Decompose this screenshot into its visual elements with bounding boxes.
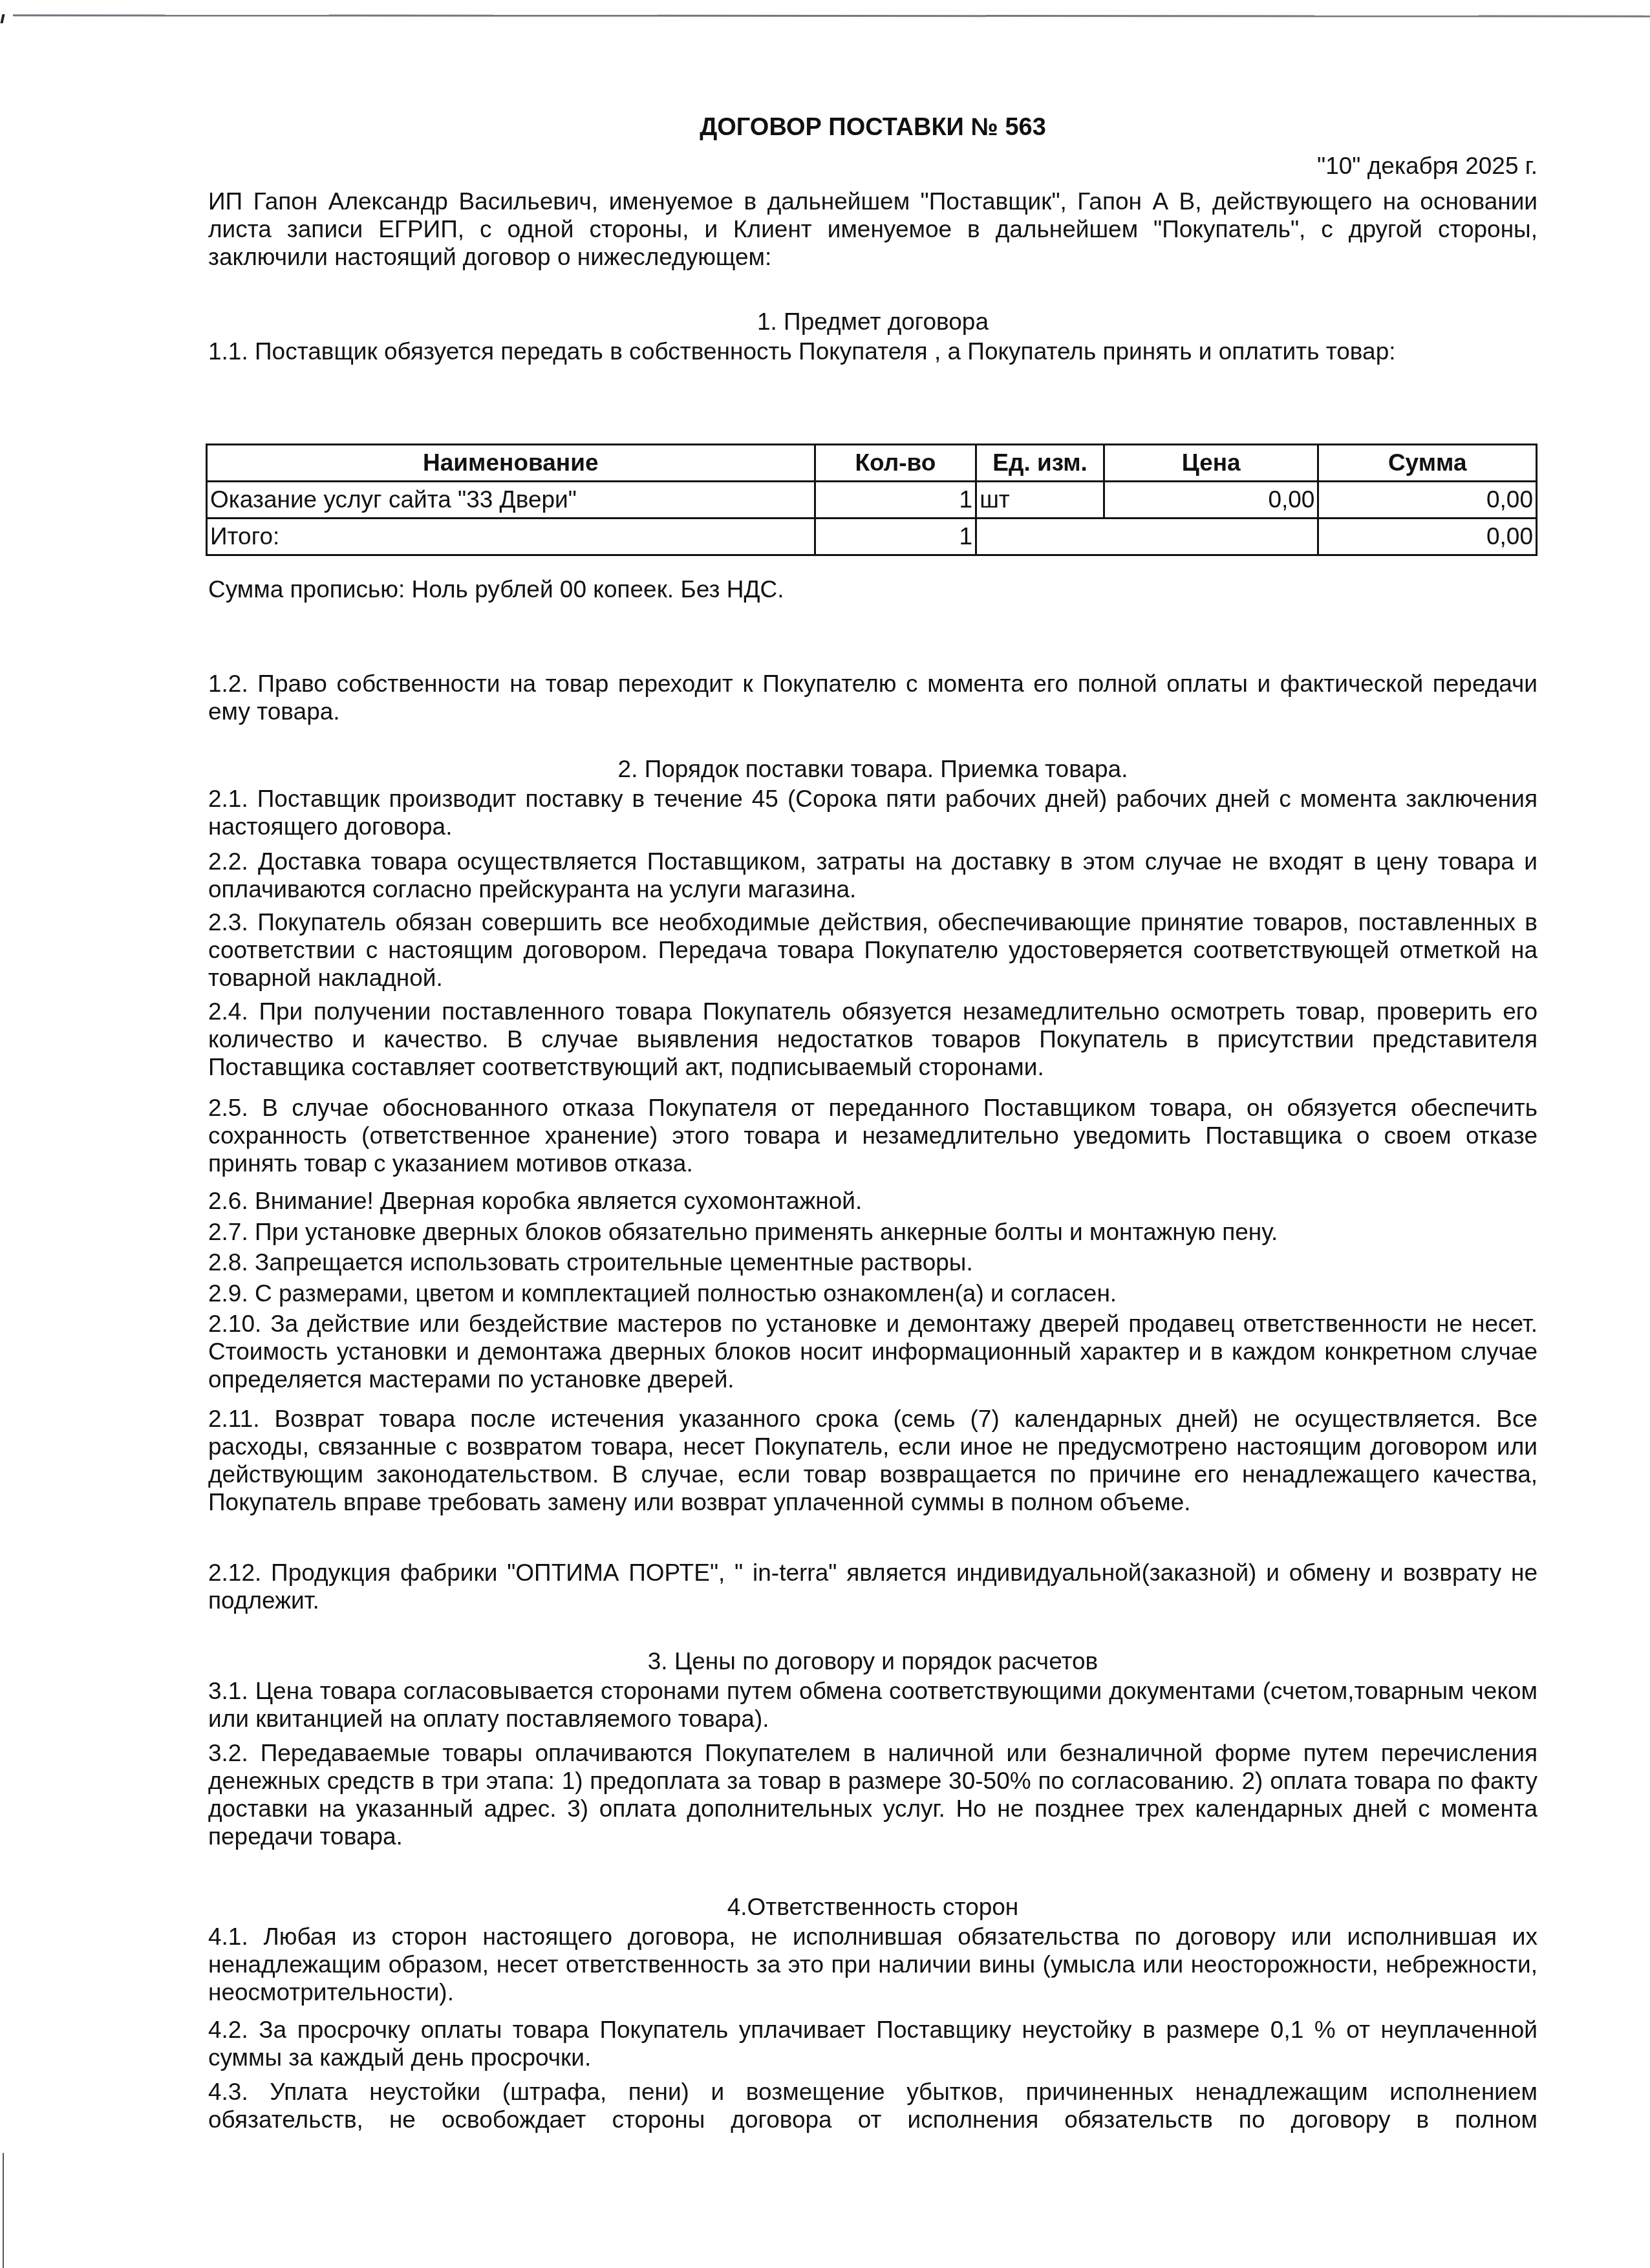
table-row: Оказание услуг сайта "33 Двери" 1 шт 0,0… bbox=[207, 482, 1537, 519]
col-header-sum: Сумма bbox=[1318, 445, 1537, 482]
section-2-heading: 2. Порядок поставки товара. Приемка това… bbox=[208, 755, 1537, 783]
section-3-heading: 3. Цены по договору и порядок расчетов bbox=[208, 1647, 1537, 1675]
total-empty-cell bbox=[976, 519, 1318, 555]
clause-4-2: 4.2. За просрочку оплаты товара Покупате… bbox=[208, 2016, 1537, 2071]
clause-1-1: 1.1. Поставщик обязуется передать в собс… bbox=[208, 337, 1537, 365]
scan-corner-mark bbox=[1, 14, 5, 23]
section-4-heading: 4.Ответственность сторон bbox=[208, 1893, 1537, 1921]
table-total-row: Итого: 1 0,00 bbox=[207, 519, 1537, 555]
col-header-price: Цена bbox=[1104, 445, 1318, 482]
clause-2-11: 2.11. Возврат товара после истечения ука… bbox=[208, 1405, 1537, 1516]
clause-2-5: 2.5. В случае обоснованного отказа Покуп… bbox=[208, 1094, 1537, 1177]
col-header-name: Наименование bbox=[207, 445, 815, 482]
total-qty: 1 bbox=[815, 519, 976, 555]
clause-2-4: 2.4. При получении поставленного товара … bbox=[208, 998, 1537, 1081]
clause-3-1: 3.1. Цена товара согласовывается сторона… bbox=[208, 1677, 1537, 1733]
amount-in-words: Сумма прописью: Ноль рублей 00 копеек. Б… bbox=[208, 575, 1537, 603]
preamble: ИП Гапон Александр Васильевич, именуемое… bbox=[208, 187, 1537, 271]
col-header-unit: Ед. изм. bbox=[976, 445, 1104, 482]
cell-unit: шт bbox=[976, 482, 1104, 519]
clause-2-10: 2.10. За действие или бездействие мастер… bbox=[208, 1310, 1537, 1393]
total-label: Итого: bbox=[207, 519, 815, 555]
goods-table: Наименование Кол-во Ед. изм. Цена Сумма … bbox=[206, 444, 1537, 556]
col-header-qty: Кол-во bbox=[815, 445, 976, 482]
clause-2-8: 2.8. Запрещается использовать строительн… bbox=[208, 1248, 1537, 1276]
cell-name: Оказание услуг сайта "33 Двери" bbox=[207, 482, 815, 519]
clause-2-2: 2.2. Доставка товара осуществляется Пост… bbox=[208, 848, 1537, 903]
clause-3-2: 3.2. Передаваемые товары оплачиваются По… bbox=[208, 1739, 1537, 1850]
clause-2-3: 2.3. Покупатель обязан совершить все нео… bbox=[208, 908, 1537, 992]
clause-2-6: 2.6. Внимание! Дверная коробка является … bbox=[208, 1187, 1537, 1215]
cell-sum: 0,00 bbox=[1318, 482, 1537, 519]
clause-2-12: 2.12. Продукция фабрики "ОПТИМА ПОРТЕ", … bbox=[208, 1559, 1537, 1614]
document-date: "10" декабря 2025 г. bbox=[1317, 153, 1537, 180]
clause-2-1: 2.1. Поставщик производит поставку в теч… bbox=[208, 785, 1537, 840]
section-1-heading: 1. Предмет договора bbox=[208, 308, 1537, 336]
cell-price: 0,00 bbox=[1104, 482, 1318, 519]
table-header-row: Наименование Кол-во Ед. изм. Цена Сумма bbox=[207, 445, 1537, 482]
clause-4-1: 4.1. Любая из сторон настоящего договора… bbox=[208, 1923, 1537, 2006]
total-sum: 0,00 bbox=[1318, 519, 1537, 555]
document-title: ДОГОВОР ПОСТАВКИ № 563 bbox=[208, 114, 1537, 142]
clause-4-3: 4.3. Уплата неустойки (штрафа, пени) и в… bbox=[208, 2078, 1537, 2134]
clause-1-2: 1.2. Право собственности на товар перехо… bbox=[208, 670, 1537, 725]
scan-top-border-line bbox=[13, 14, 1650, 17]
scan-left-edge bbox=[3, 2153, 4, 2268]
clause-2-9: 2.9. С размерами, цветом и комплектацией… bbox=[208, 1279, 1537, 1307]
cell-qty: 1 bbox=[815, 482, 976, 519]
clause-2-7: 2.7. При установке дверных блоков обязат… bbox=[208, 1218, 1537, 1246]
